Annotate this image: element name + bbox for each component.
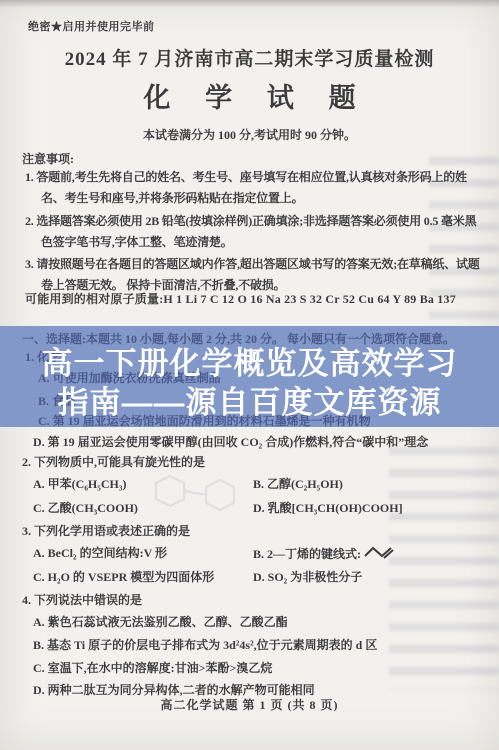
- security-label: 绝密★启用并使用完毕前: [28, 18, 155, 34]
- question-3-option-c: C. H₂O 的 VSEPR 模型为四面体形: [33, 568, 214, 585]
- question-3-option-b: B. 2—丁烯的键线式:: [253, 544, 397, 562]
- page-footer: 高二化学试题 第 1 页 (共 8 页): [0, 696, 499, 713]
- question-1-option-d: D. 第 19 届亚运会使用零碳甲醇(由回收 CO₂ 合成)作燃料,符合“碳中和…: [33, 433, 428, 450]
- subject-title: 化 学 试 题: [0, 76, 499, 115]
- question-3-option-d: D. SO₂ 为非极性分子: [253, 568, 362, 585]
- note-item: 2. 选择题答案必须使用 2B 铅笔(按填涂样例)正确填涂;非选择题答案必须使用…: [25, 211, 481, 253]
- question-2-option-a: A. 甲苯(C₆H₅CH₃): [33, 475, 126, 492]
- exam-info-line: 本试卷满分为 100 分,考试用时 90 分钟。: [0, 126, 499, 143]
- question-3-option-a: A. BeCl₂ 的空间结构:V 形: [33, 544, 167, 561]
- question-4-option-c: C. 室温下,在水中的溶解度:甘油>苯酚>溴乙烷: [33, 659, 272, 676]
- exam-paper-page: 绝密★启用并使用完毕前 2024 年 7 月济南市高二期末学习质量检测 化 学 …: [0, 0, 499, 750]
- faint-benzene-doodle: [150, 468, 270, 518]
- question-4-option-b: B. 基态 Ti 原子的价层电子排布式为 3d²4s²,位于元素周期表的 d 区: [33, 636, 377, 653]
- question-3-stem: 3. 下列化学用语或表述正确的是: [22, 522, 190, 539]
- question-3-option-b-label: B. 2—丁烯的键线式:: [253, 547, 361, 561]
- exam-title: 2024 年 7 月济南市高二期末学习质量检测: [0, 44, 499, 71]
- atomic-mass-line: 可能用到的相对原子质量:H 1 Li 7 C 12 O 16 Na 23 S 3…: [25, 290, 456, 307]
- question-4-option-a: A. 紫色石蕊试液无法鉴别乙酸、乙醇、乙酸乙酯: [33, 613, 288, 630]
- watermark-banner: 一、选择题:本题共 10 小题,每小题 2 分,共 20 分。 每小题只有一个选…: [0, 326, 499, 427]
- notes-title: 注意事项:: [22, 150, 74, 167]
- butene-skeletal-formula-icon: [363, 544, 397, 560]
- note-item: 1. 答题前,考生先将自己的姓名、考生号、座号填写在相应位置,认真核对条形码上的…: [25, 167, 481, 209]
- watermark-title-line2: 指南——源自百度文库资源: [0, 377, 499, 422]
- question-2-option-d: D. 乳酸[CH₃CH(OH)COOH]: [253, 499, 403, 516]
- bleedthrough-artifact: [389, 440, 499, 690]
- question-4-stem: 4. 下列说法中错误的是: [22, 591, 142, 608]
- question-2-option-c: C. 乙酸(CH₃COOH): [33, 499, 138, 516]
